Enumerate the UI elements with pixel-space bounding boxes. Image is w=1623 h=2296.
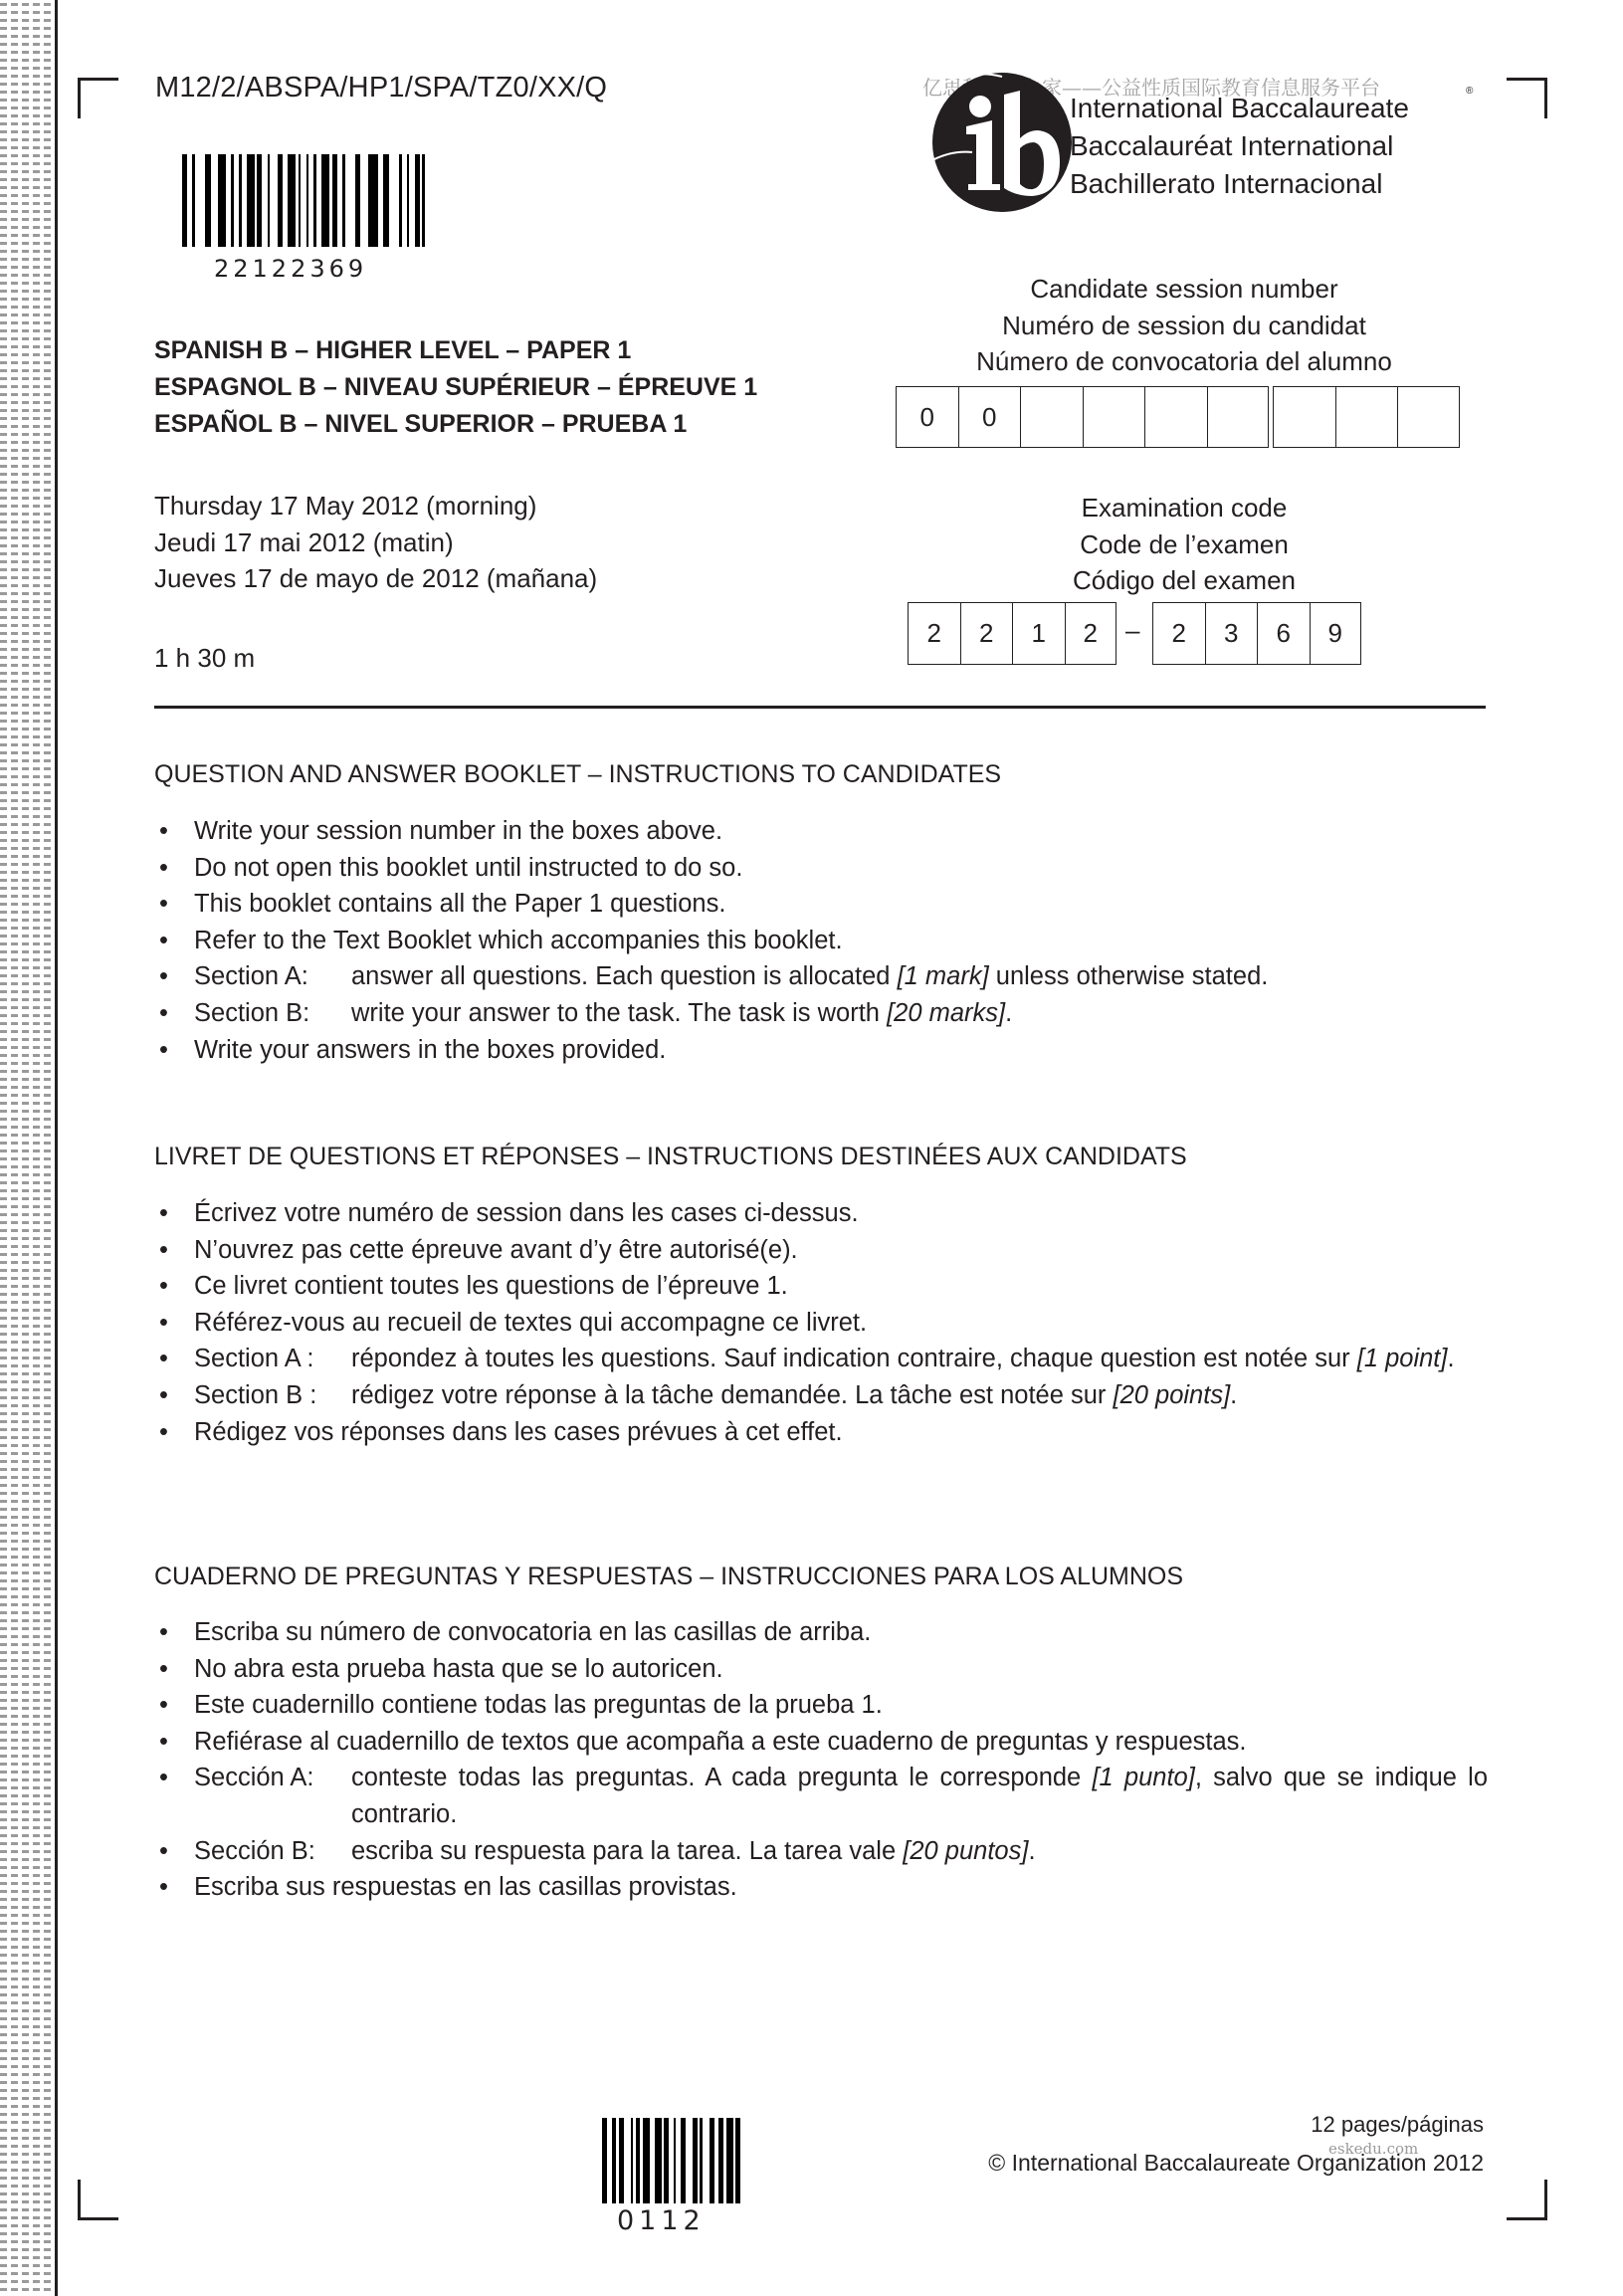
exam-code-cell: 3 <box>1205 602 1258 665</box>
exam-code-separator: – <box>1125 615 1139 646</box>
instruction-item: Este cuadernillo contiene todas las preg… <box>154 1687 1488 1724</box>
section-text: write your answer to the task. The task … <box>351 995 1488 1032</box>
section-text: conteste todas las preguntas. A cada pre… <box>351 1760 1488 1832</box>
binding-margin-pattern <box>0 0 55 2296</box>
binding-margin-border <box>55 0 58 2296</box>
page-count: 12 pages/páginas <box>1311 2112 1484 2138</box>
session-number-cell[interactable]: 0 <box>958 386 1021 448</box>
barcode-bottom <box>602 2118 740 2203</box>
section-text: rédigez votre réponse à la tâche demandé… <box>351 1377 1488 1414</box>
instructions-heading-es: CUADERNO DE PREGUNTAS Y RESPUESTAS – INS… <box>154 1563 1183 1591</box>
instructions-list-es: Escriba su número de convocatoria en las… <box>154 1614 1488 1906</box>
exam-code-cell: 9 <box>1310 602 1362 665</box>
paper-code: M12/2/ABSPA/HP1/SPA/TZ0/XX/Q <box>155 72 607 104</box>
instruction-item: Write your session number in the boxes a… <box>154 813 1488 850</box>
instruction-section-b: Section B :rédigez votre réponse à la tâ… <box>154 1377 1488 1414</box>
section-label: Section B : <box>194 1377 351 1414</box>
session-number-cell[interactable] <box>1273 386 1335 448</box>
exam-duration: 1 h 30 m <box>154 643 255 674</box>
instruction-item: Refiérase al cuadernillo de textos que a… <box>154 1724 1488 1761</box>
marks-allocation: [20 marks] <box>887 999 1005 1027</box>
instruction-item: This booklet contains all the Paper 1 qu… <box>154 886 1488 923</box>
session-number-label: Candidate session number Numéro de sessi… <box>886 271 1483 380</box>
instruction-section-a: Section A :répondez à toutes les questio… <box>154 1341 1488 1377</box>
section-text: répondez à toutes les questions. Sauf in… <box>351 1341 1488 1377</box>
session-number-cell[interactable] <box>1207 386 1270 448</box>
instruction-item: Référez-vous au recueil de textes qui ac… <box>154 1305 1488 1342</box>
ib-logo-icon <box>932 73 1072 212</box>
instruction-item: Do not open this booklet until instructe… <box>154 850 1488 887</box>
session-number-cell[interactable] <box>1083 386 1145 448</box>
section-label: Sección A: <box>194 1760 351 1832</box>
exam-code-cell: 2 <box>960 602 1013 665</box>
instruction-item: Refer to the Text Booklet which accompan… <box>154 923 1488 959</box>
marks-allocation: [1 point] <box>1357 1345 1448 1372</box>
instruction-item: N’ouvrez pas cette épreuve avant d’y êtr… <box>154 1232 1488 1269</box>
logo-line-en: International Baccalaureate <box>1070 90 1409 127</box>
instruction-item: Rédigez vos réponses dans les cases prév… <box>154 1414 1488 1451</box>
session-number-cell[interactable] <box>1397 386 1460 448</box>
crop-mark-top-left <box>78 78 118 118</box>
instructions-list-en: Write your session number in the boxes a… <box>154 813 1488 1068</box>
instructions-heading-en: QUESTION AND ANSWER BOOKLET – INSTRUCTIO… <box>154 760 1001 789</box>
crop-mark-top-right <box>1507 78 1547 118</box>
date-line-es: Jueves 17 de mayo de 2012 (mañana) <box>154 560 597 597</box>
title-line-fr: ESPAGNOL B – NIVEAU SUPÉRIEUR – ÉPREUVE … <box>154 369 757 406</box>
session-label-en: Candidate session number <box>886 271 1483 308</box>
section-text: escriba su respuesta para la tarea. La t… <box>351 1833 1488 1870</box>
barcode-bottom-number: 0112 <box>617 2205 706 2236</box>
marks-allocation: [20 points] <box>1114 1381 1231 1409</box>
date-line-fr: Jeudi 17 mai 2012 (matin) <box>154 524 597 561</box>
session-label-es: Número de convocatoria del alumno <box>886 343 1483 380</box>
exam-code-cell: 2 <box>1152 602 1205 665</box>
session-number-cell[interactable] <box>1335 386 1398 448</box>
marks-allocation: [1 mark] <box>898 962 989 990</box>
instruction-section-a: Sección A:conteste todas las preguntas. … <box>154 1760 1488 1832</box>
section-label: Sección B: <box>194 1833 351 1870</box>
instruction-item: Write your answers in the boxes provided… <box>154 1032 1488 1069</box>
session-number-boxes[interactable]: 00 <box>896 386 1460 448</box>
exam-date: Thursday 17 May 2012 (morning) Jeudi 17 … <box>154 488 597 597</box>
exam-code-boxes-first: 2212 <box>908 602 1116 665</box>
instructions-heading-fr: LIVRET DE QUESTIONS ET RÉPONSES – INSTRU… <box>154 1143 1187 1171</box>
section-label: Section A: <box>194 958 351 995</box>
exam-code-label-fr: Code de l’examen <box>886 526 1483 563</box>
exam-code-cell: 6 <box>1257 602 1310 665</box>
marks-allocation: [1 punto] <box>1092 1764 1194 1791</box>
marks-allocation: [20 puntos] <box>903 1837 1028 1865</box>
paper-title: SPANISH B – HIGHER LEVEL – PAPER 1 ESPAG… <box>154 332 757 443</box>
watermark-url: eskedu.com <box>1328 2140 1418 2158</box>
barcode-top <box>182 154 425 247</box>
header-divider <box>154 706 1486 709</box>
instructions-list-fr: Écrivez votre numéro de session dans les… <box>154 1195 1488 1450</box>
instruction-item: Ce livret contient toutes les questions … <box>154 1268 1488 1305</box>
exam-code-cell: 2 <box>908 602 960 665</box>
logo-line-es: Bachillerato Internacional <box>1070 165 1409 203</box>
instruction-item: Écrivez votre numéro de session dans les… <box>154 1195 1488 1232</box>
instruction-item: No abra esta prueba hasta que se lo auto… <box>154 1651 1488 1688</box>
section-label: Section B: <box>194 995 351 1032</box>
exam-code-label: Examination code Code de l’examen Código… <box>886 490 1483 599</box>
logo-line-fr: Baccalauréat International <box>1070 127 1409 165</box>
session-number-cell[interactable] <box>1020 386 1083 448</box>
instruction-section-a: Section A:answer all questions. Each que… <box>154 958 1488 995</box>
instruction-section-b: Sección B:escriba su respuesta para la t… <box>154 1833 1488 1870</box>
exam-code-cell: 2 <box>1065 602 1117 665</box>
title-line-en: SPANISH B – HIGHER LEVEL – PAPER 1 <box>154 332 757 369</box>
session-label-fr: Numéro de session du candidat <box>886 308 1483 344</box>
title-line-es: ESPAÑOL B – NIVEL SUPERIOR – PRUEBA 1 <box>154 406 757 443</box>
exam-code-label-es: Código del examen <box>886 562 1483 599</box>
section-label: Section A : <box>194 1341 351 1377</box>
registered-mark: ® <box>1466 86 1473 97</box>
session-number-cell[interactable]: 0 <box>896 386 958 448</box>
instruction-section-b: Section B:write your answer to the task.… <box>154 995 1488 1032</box>
crop-mark-bottom-left <box>78 2180 118 2220</box>
instruction-item: Escriba su número de convocatoria en las… <box>154 1614 1488 1651</box>
ib-logo-text: International Baccalaureate Baccalauréat… <box>1070 90 1409 203</box>
section-text: answer all questions. Each question is a… <box>351 958 1488 995</box>
crop-mark-bottom-right <box>1507 2180 1547 2220</box>
date-line-en: Thursday 17 May 2012 (morning) <box>154 488 597 524</box>
exam-code-boxes-second: 2369 <box>1152 602 1361 665</box>
session-number-cell[interactable] <box>1144 386 1207 448</box>
exam-code-cell: 1 <box>1012 602 1065 665</box>
exam-code-label-en: Examination code <box>886 490 1483 526</box>
instruction-item: Escriba sus respuestas en las casillas p… <box>154 1869 1488 1906</box>
barcode-top-number: 22122369 <box>214 255 367 283</box>
